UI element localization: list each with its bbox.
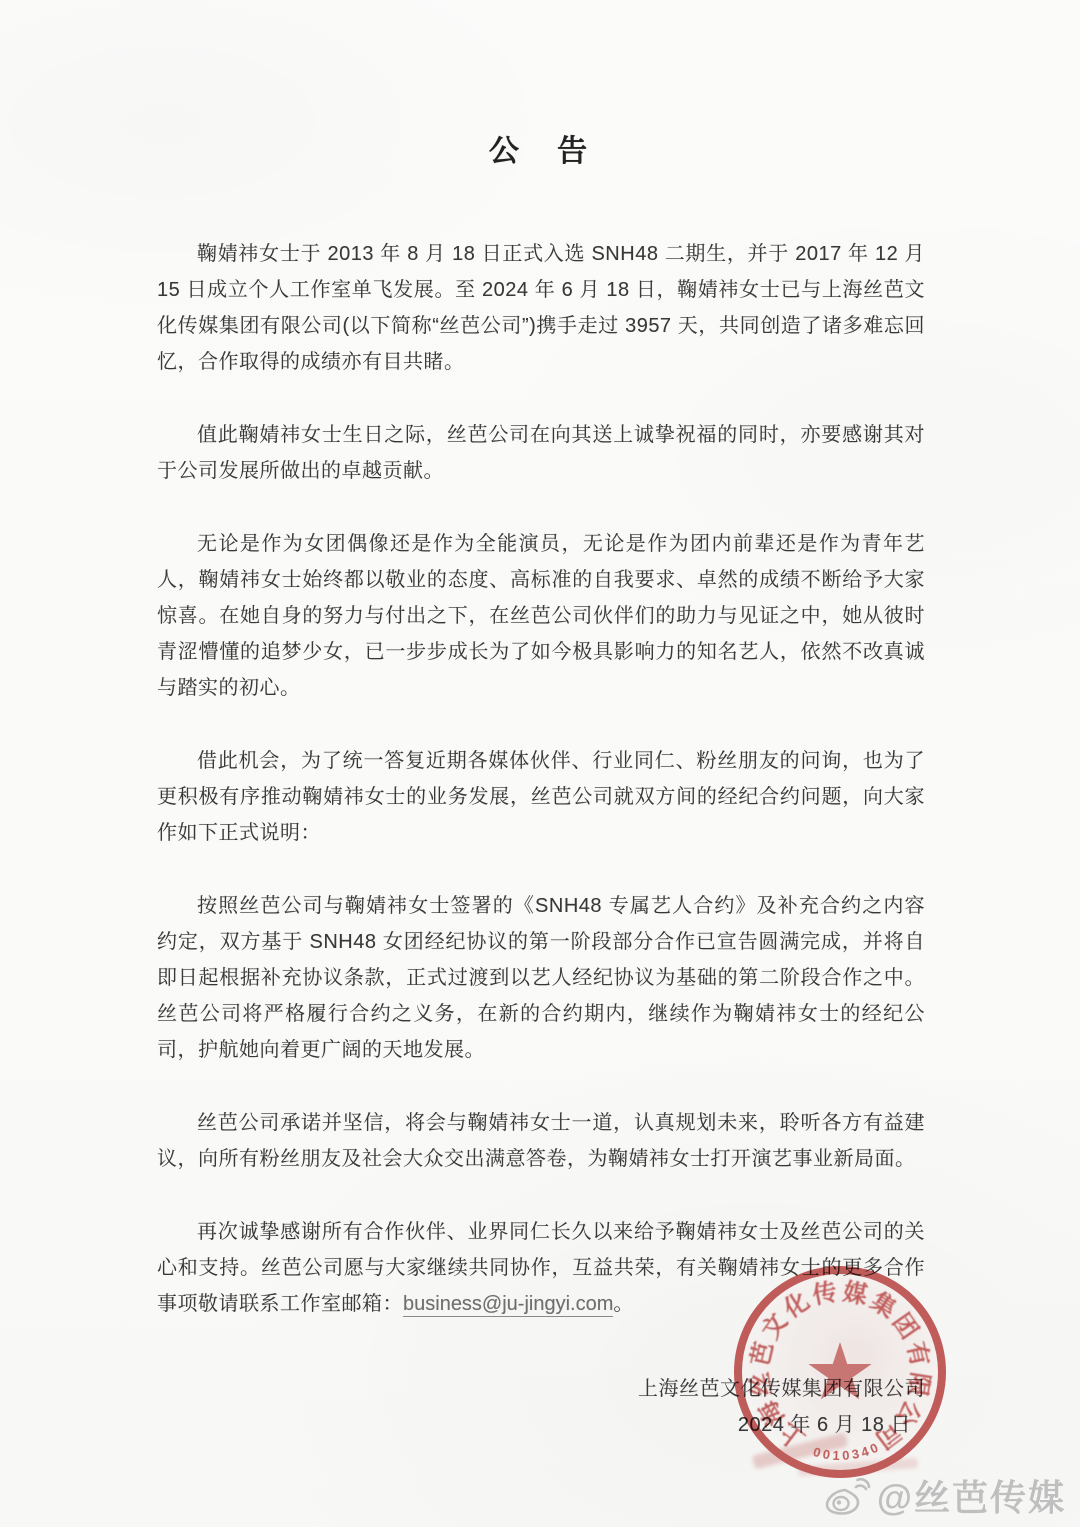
watermark-handle: @丝芭传媒 [877,1470,1066,1521]
paragraph-intro: 鞠婧祎女士于 2013 年 8 月 18 日正式入选 SNH48 二期生，并于 … [157,236,925,380]
paragraph-birthday: 值此鞠婧祎女士生日之际，丝芭公司在向其送上诚挚祝福的同时，亦要感谢其对于公司发展… [157,417,925,489]
weibo-icon [825,1477,871,1515]
contact-email-link[interactable]: business@ju-jingyi.com [403,1293,613,1317]
document-body: 公 告 鞠婧祎女士于 2013 年 8 月 18 日正式入选 SNH48 二期生… [0,0,1080,1443]
page-title: 公 告 [157,132,925,172]
closing-period: 。 [613,1293,634,1315]
paragraph-closing: 再次诚挚感谢所有合作伙伴、业界同仁长久以来给予鞠婧祎女士及丝芭公司的关心和支持。… [157,1214,925,1322]
signature-block: 上海丝芭文化传媒集团有限公司 2024 年 6 月 18 日 [157,1371,925,1443]
company-signature: 上海丝芭文化传媒集团有限公司 [157,1371,925,1407]
document-date: 2024 年 6 月 18 日 [157,1407,925,1443]
paragraph-occasion: 借此机会，为了统一答复近期各媒体伙伴、行业同仁、粉丝朋友的问询，也为了更积极有序… [157,743,925,851]
paragraph-promise: 丝芭公司承诺并坚信，将会与鞠婧祎女士一道，认真规划未来，聆听各方有益建议，向所有… [157,1105,925,1177]
paragraph-contract: 按照丝芭公司与鞠婧祎女士签署的《SNH48 专属艺人合约》及补充合约之内容约定，… [157,888,925,1068]
paragraph-praise: 无论是作为女团偶像还是作为全能演员，无论是作为团内前辈还是作为青年艺人，鞠婧祎女… [157,526,925,706]
announcement-document: 公 告 鞠婧祎女士于 2013 年 8 月 18 日正式入选 SNH48 二期生… [0,0,1080,1527]
weibo-watermark: @丝芭传媒 [825,1470,1066,1521]
